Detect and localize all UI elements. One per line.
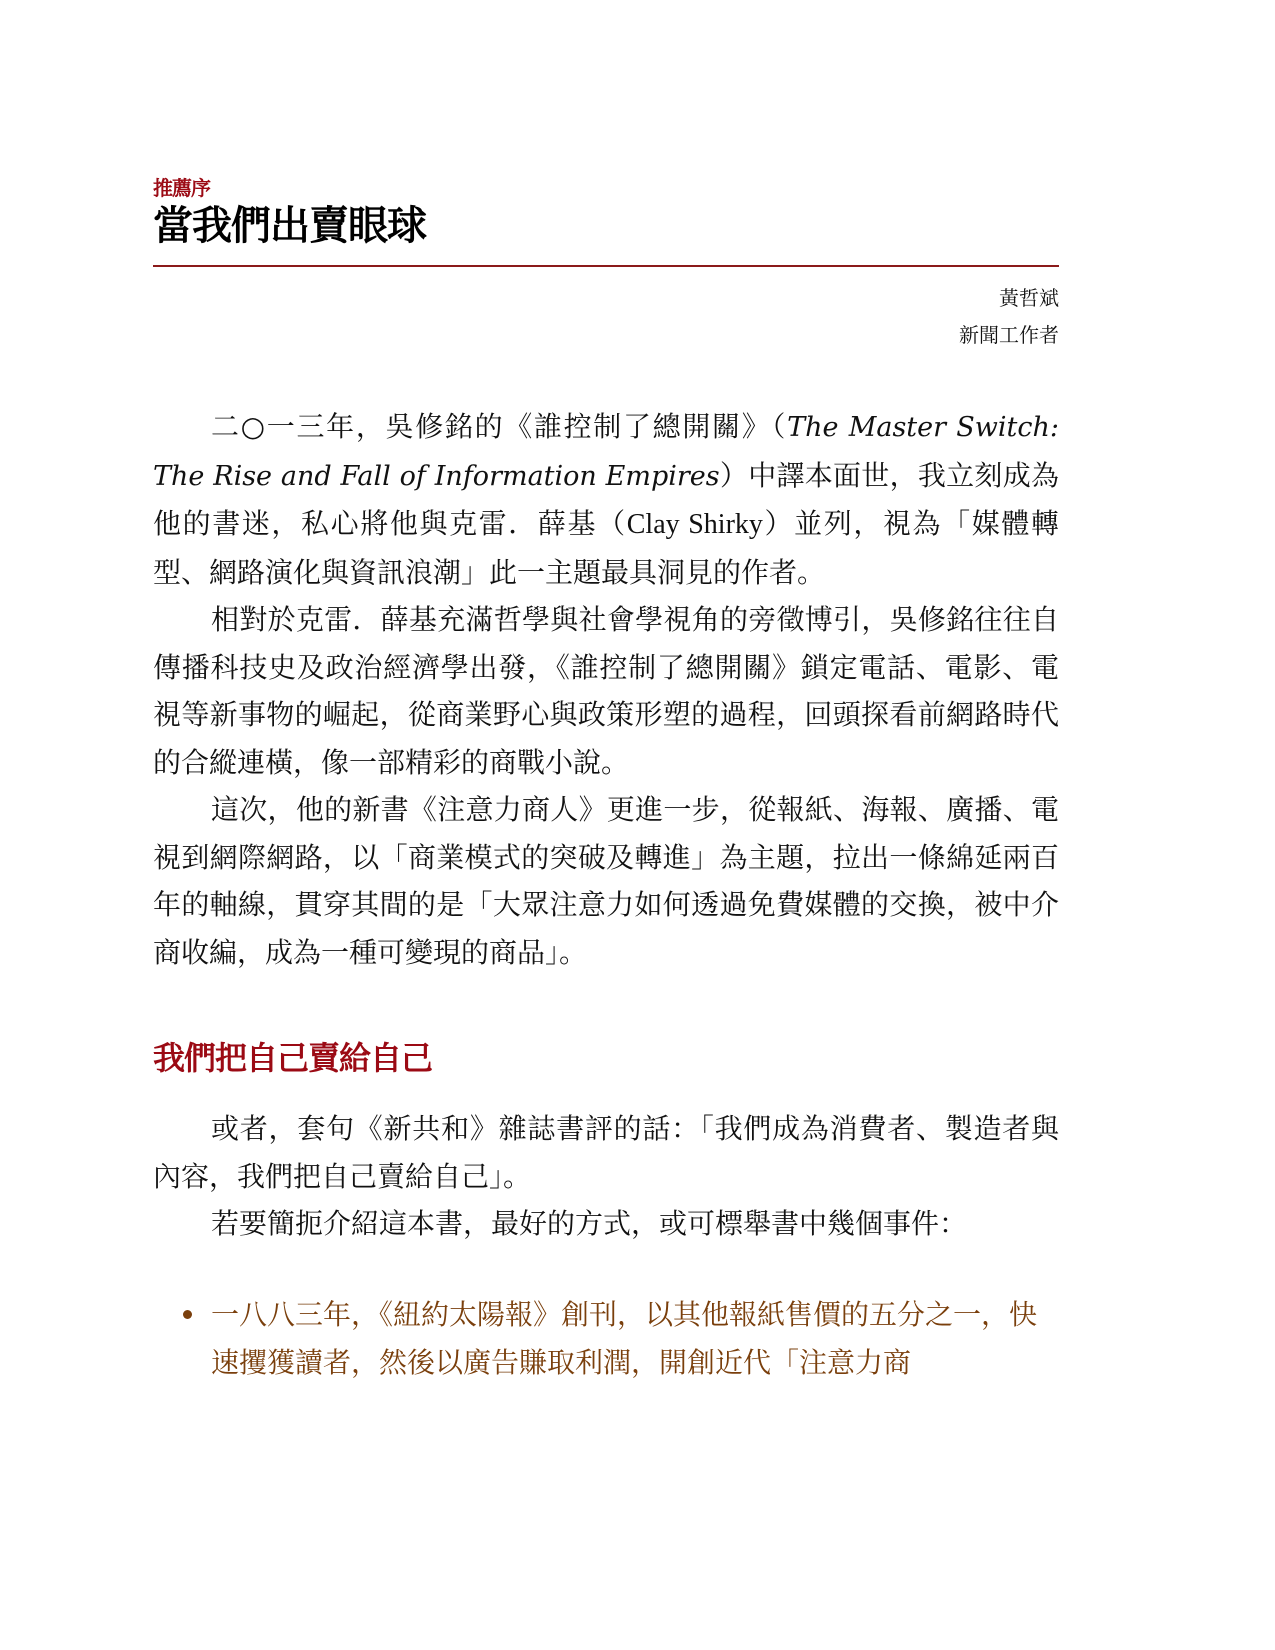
section-body: 或者，套句《新共和》雜誌書評的話：「我們成為消費者、製造者與內容，我們把自己賣給… <box>153 1105 1059 1248</box>
paragraph: 這次，他的新書《注意力商人》更進一步，從報紙、海報、廣播、電視到網際網路，以「商… <box>153 786 1059 976</box>
title-divider <box>153 265 1059 267</box>
paragraph: 相對於克雷．薛基充滿哲學與社會學視角的旁徵博引，吳修銘往往自傳播科技史及政治經濟… <box>153 596 1059 786</box>
list-item: 一八八三年，《紐約太陽報》創刊，以其他報紙售價的五分之一，快速攫獲讀者，然後以廣… <box>153 1291 1059 1386</box>
author-name: 黃哲斌 <box>959 280 1059 317</box>
list-item-text: 一八八三年，《紐約太陽報》創刊，以其他報紙售價的五分之一，快速攫獲讀者，然後以廣… <box>211 1298 1037 1379</box>
paragraph: 或者，套句《新共和》雜誌書評的話：「我們成為消費者、製造者與內容，我們把自己賣給… <box>153 1105 1059 1200</box>
author-role: 新聞工作者 <box>959 317 1059 354</box>
page-title: 當我們出賣眼球 <box>153 200 426 252</box>
paragraph: 若要簡扼介紹這本書，最好的方式，或可標舉書中幾個事件： <box>153 1200 1059 1248</box>
event-list: 一八八三年，《紐約太陽報》創刊，以其他報紙售價的五分之一，快速攫獲讀者，然後以廣… <box>153 1291 1059 1386</box>
intro-body: 二○一三年，吳修銘的《誰控制了總開關》（The Master Switch: T… <box>153 403 1059 976</box>
person-name-english: Clay Shirky <box>627 509 763 540</box>
section-kicker: 推薦序 <box>153 176 210 200</box>
paragraph: 二○一三年，吳修銘的《誰控制了總開關》（The Master Switch: T… <box>153 403 1059 596</box>
paragraph-text: 二○一三年，吳修銘的《誰控制了總開關》（ <box>211 410 787 443</box>
byline: 黃哲斌 新聞工作者 <box>959 280 1059 354</box>
section-heading: 我們把自己賣給自己 <box>153 1034 432 1082</box>
bullet-icon <box>183 1310 192 1319</box>
